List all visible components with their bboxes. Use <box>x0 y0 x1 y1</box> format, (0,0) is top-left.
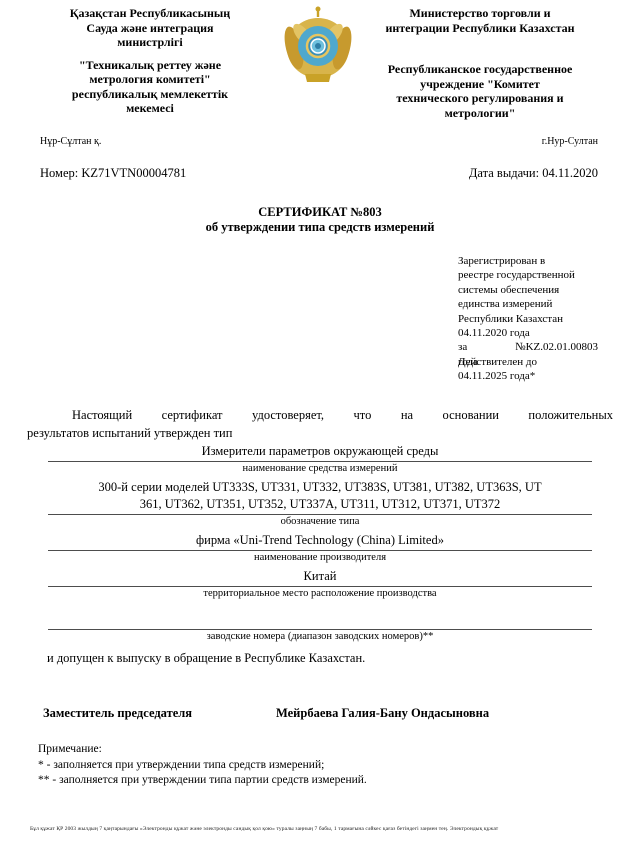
issuer-kk-ministry: Қазақстан Республикасының Сауда және инт… <box>28 6 272 50</box>
issuer-kk-line: министрлігі <box>28 35 272 50</box>
issuer-kk-line: Сауда және интеграция <box>28 21 272 36</box>
instrument-name-caption: наименование средства измерений <box>48 462 592 475</box>
note-double-asterisk: ** - заполняется при утверждении типа па… <box>38 773 367 789</box>
issuer-ru-line: интеграции Республики Казахстан <box>350 21 610 36</box>
signer-position: Заместитель председателя <box>43 706 192 721</box>
issuer-russian: Министерство торговли и интеграции Респу… <box>350 6 610 120</box>
serial-numbers-empty-value <box>48 604 592 628</box>
registration-number-line: за №KZ.02.01.00803 <box>458 340 598 354</box>
title-line1: СЕРТИФИКАТ №803 <box>0 205 640 220</box>
country-caption: территориальное место расположение произ… <box>48 587 592 600</box>
issuer-kk-committee: "Техникалық реттеу және метрология комит… <box>28 58 272 116</box>
certificate-number: Номер: KZ71VTN00004781 <box>40 166 186 181</box>
issuer-kk-line: республикалық мемлекеттік <box>28 87 272 102</box>
paragraph-line1: Настоящий сертификат удостоверяет, что н… <box>27 407 613 425</box>
notes-block: Примечание: * - заполняется при утвержде… <box>38 742 367 789</box>
issuer-ru-committee: Республиканское государственное учрежден… <box>350 62 610 120</box>
registration-line: единства измерений <box>458 297 598 311</box>
released-statement: и допущен к выпуску в обращение в Респуб… <box>47 651 365 666</box>
registration-line: Республики Казахстан <box>458 312 598 326</box>
type-designation-value-line2: 361, UT362, UT351, UT352, UT337A, UT311,… <box>48 496 592 513</box>
paragraph-line2: результатов испытаний утвержден тип <box>27 425 613 443</box>
za-label: за <box>458 340 467 354</box>
signer-name: Мейрбаева Галия-Бану Ондасыновна <box>276 706 489 721</box>
valid-until-label: Действителен до <box>458 355 537 369</box>
city-kazakh: Нұр-Сұлтан қ. <box>40 136 101 147</box>
instrument-name-value: Измерители параметров окружающей среды <box>48 443 592 460</box>
registry-number: №KZ.02.01.00803 <box>515 340 598 354</box>
valid-until-date: 04.11.2025 года* <box>458 369 598 383</box>
type-designation-value-line1: 300-й серии моделей UT333S, UT331, UT332… <box>48 479 592 496</box>
country-value: Китай <box>48 568 592 585</box>
registration-line: системы обеспечения <box>458 283 598 297</box>
city-russian: г.Нур-Султан <box>542 136 598 147</box>
issuer-kk-line: мекемесі <box>28 101 272 116</box>
overlapping-text-line: года Действителен до <box>458 355 598 369</box>
issuer-kk-line: "Техникалық реттеу және <box>28 58 272 73</box>
kazakhstan-emblem-icon <box>283 4 353 88</box>
manufacturer-value: фирма «Uni-Trend Technology (China) Limi… <box>48 532 592 549</box>
issuer-ru-line: метрологии" <box>350 106 610 121</box>
registration-line: 04.11.2020 года <box>458 326 598 340</box>
certificate-fields: Измерители параметров окружающей среды н… <box>48 443 592 647</box>
notes-title: Примечание: <box>38 742 367 758</box>
number-date-row: Номер: KZ71VTN00004781 Дата выдачи: 04.1… <box>40 166 598 181</box>
issuer-kazakh: Қазақстан Республикасының Сауда және инт… <box>28 6 272 116</box>
city-row: Нұр-Сұлтан қ. г.Нур-Султан <box>40 136 598 147</box>
registration-line: реестре государственной <box>458 268 598 282</box>
certificate-document: Қазақстан Республикасының Сауда және инт… <box>0 0 640 868</box>
issuer-ru-line: Министерство торговли и <box>350 6 610 21</box>
issue-date: Дата выдачи: 04.11.2020 <box>469 166 598 181</box>
issuer-ru-line: технического регулирования и <box>350 91 610 106</box>
issuer-ru-line: учреждение "Комитет <box>350 77 610 92</box>
serial-numbers-caption: заводские номера (диапазон заводских ном… <box>48 630 592 643</box>
type-designation-caption: обозначение типа <box>48 515 592 528</box>
electronic-document-legal-footer: Бұл құжат ҚР 2003 жылдың 7 қаңтарындағы … <box>30 826 640 832</box>
manufacturer-caption: наименование производителя <box>48 551 592 564</box>
coat-of-arms-graphic <box>283 4 353 88</box>
issuer-ru-ministry: Министерство торговли и интеграции Респу… <box>350 6 610 35</box>
note-asterisk: * - заполняется при утверждении типа сре… <box>38 758 367 774</box>
registration-block: Зарегистрирован в реестре государственно… <box>458 254 598 384</box>
title-line2: об утверждении типа средств измерений <box>0 220 640 235</box>
certifying-paragraph: Настоящий сертификат удостоверяет, что н… <box>27 407 613 442</box>
issuer-kk-line: метрология комитеті" <box>28 72 272 87</box>
registration-line: Зарегистрирован в <box>458 254 598 268</box>
issuer-ru-line: Республиканское государственное <box>350 62 610 77</box>
certificate-title: СЕРТИФИКАТ №803 об утверждении типа сред… <box>0 205 640 235</box>
issuer-kk-line: Қазақстан Республикасының <box>28 6 272 21</box>
